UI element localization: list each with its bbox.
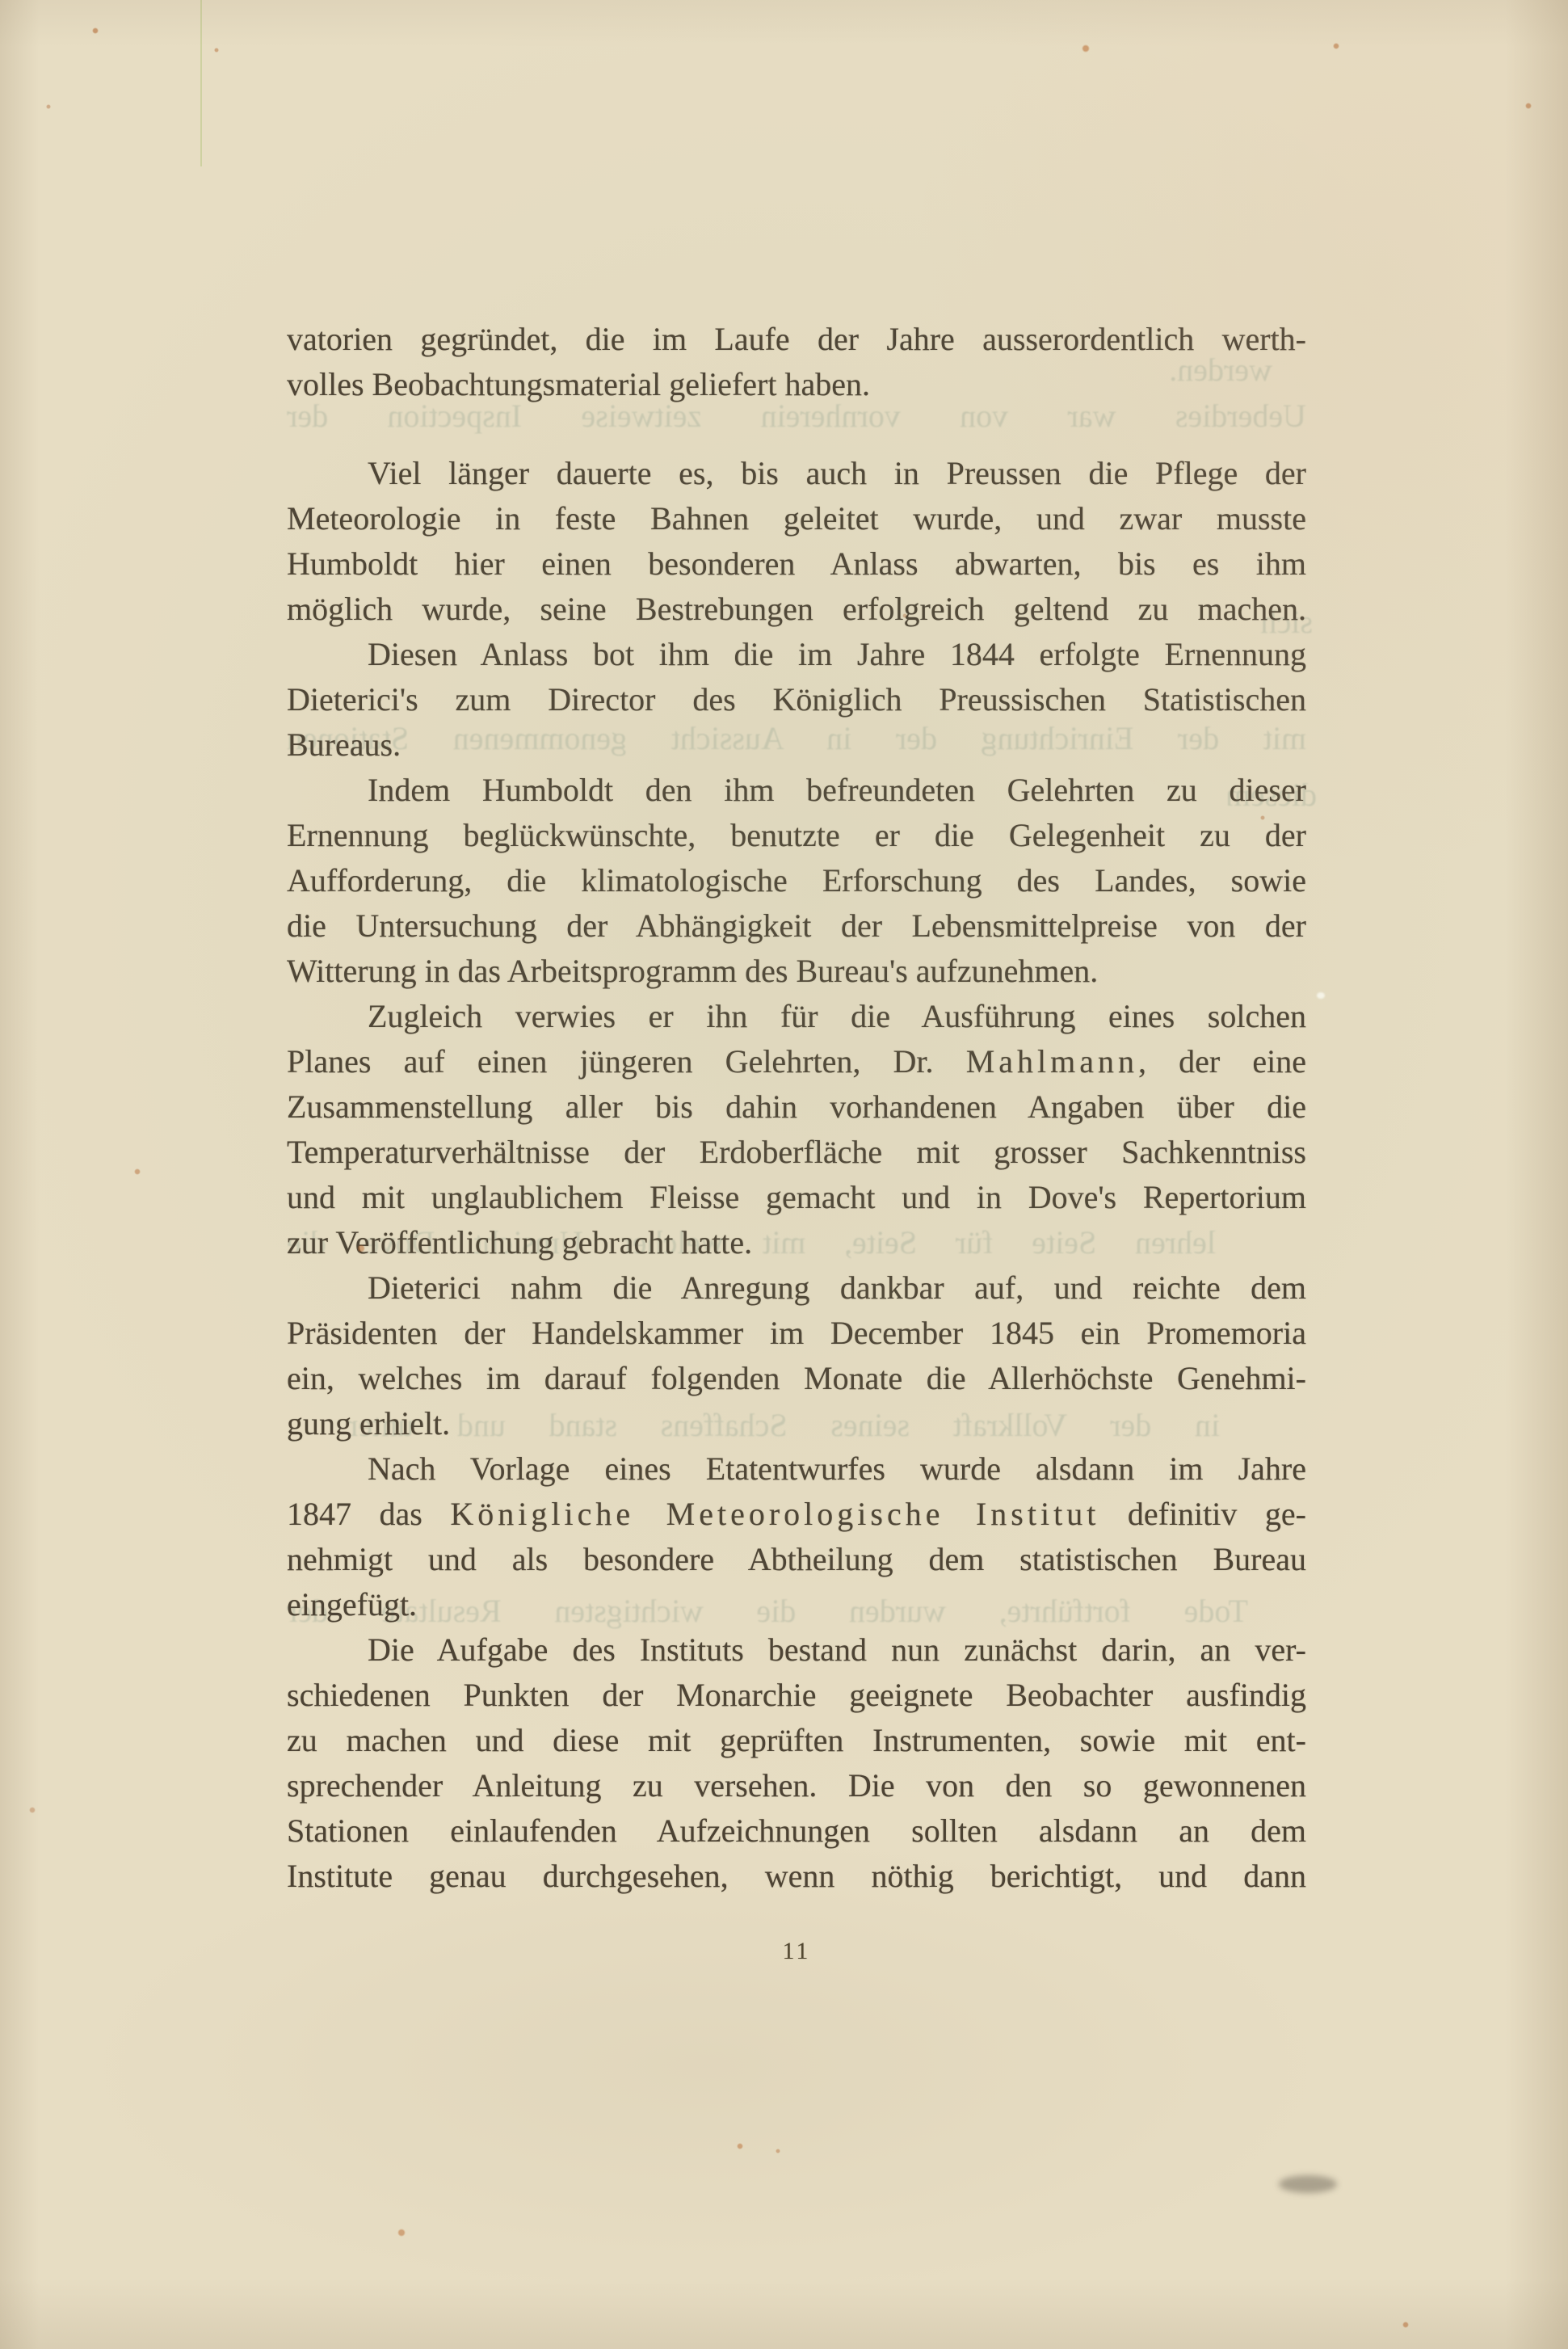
text-line: Diesen Anlass bot ihm die im Jahre 1844 …: [287, 632, 1306, 677]
ink-smudge-artifact: [1279, 2175, 1337, 2193]
paragraph: vatorien gegründet, die im Laufe der Jah…: [287, 317, 1306, 407]
text-segment: , der eine: [1138, 1043, 1306, 1080]
text-line: und mit unglaublichem Fleisse gemacht un…: [287, 1175, 1306, 1220]
text-line: sprechender Anleitung zu versehen. Die v…: [287, 1763, 1306, 1808]
text-line: Viel länger dauerte es, bis auch in Preu…: [287, 451, 1306, 496]
text-line: zu machen und diese mit geprüften Instru…: [287, 1718, 1306, 1763]
text-line: Planes auf einen jüngeren Gelehrten, Dr.…: [287, 1039, 1306, 1084]
paragraph: Viel länger dauerte es, bis auch in Preu…: [287, 451, 1306, 632]
text-line: Indem Humboldt den ihm befreundeten Gele…: [287, 768, 1306, 813]
text-line: Dieterici nahm die Anregung dankbar auf,…: [287, 1265, 1306, 1311]
text-line: Zugleich verwies er ihn für die Ausführu…: [287, 994, 1306, 1039]
text-line: nehmigt und als besondere Abtheilung dem…: [287, 1537, 1306, 1582]
text-line: Institute genau durchgesehen, wenn nöthi…: [287, 1854, 1306, 1899]
book-page-scan: werden. Ueberdies war von vornherein zei…: [0, 0, 1568, 2349]
text-line: Stationen einlaufenden Aufzeichnungen so…: [287, 1808, 1306, 1854]
text-line: 1847 das Königliche Meteorologische Inst…: [287, 1492, 1306, 1537]
paragraph: Zugleich verwies er ihn für die Ausführu…: [287, 994, 1306, 1265]
paragraph: Nach Vorlage eines Etatentwurfes wurde a…: [287, 1446, 1306, 1627]
text-line: Humboldt hier einen besonderen Anlass ab…: [287, 541, 1306, 587]
text-segment-letterspaced: Mahlmann: [966, 1043, 1138, 1080]
text-line: schiedenen Punkten der Monarchie geeigne…: [287, 1673, 1306, 1718]
paper-fleck-artifact: [1317, 992, 1325, 999]
text-line: Nach Vorlage eines Etatentwurfes wurde a…: [287, 1446, 1306, 1492]
text-line: Witterung in das Arbeitsprogramm des Bur…: [287, 949, 1306, 994]
text-line: Dieterici's zum Director des Königlich P…: [287, 677, 1306, 722]
text-segment: 1847 das: [287, 1496, 450, 1532]
text-line: eingefügt.: [287, 1582, 1306, 1627]
paragraph: Die Aufgabe des Instituts bestand nun zu…: [287, 1627, 1306, 1899]
paragraph: Diesen Anlass bot ihm die im Jahre 1844 …: [287, 632, 1306, 768]
text-line: Meteorologie in feste Bahnen geleitet wu…: [287, 496, 1306, 541]
text-line: Ernennung beglückwünschte, benutzte er d…: [287, 813, 1306, 858]
text-line: Bureaus.: [287, 722, 1306, 768]
text-line: volles Beobachtungsmaterial geliefert ha…: [287, 362, 1306, 407]
paragraph: Dieterici nahm die Anregung dankbar auf,…: [287, 1265, 1306, 1446]
text-line: die Untersuchung der Abhängigkeit der Le…: [287, 903, 1306, 949]
text-line: Zusammenstellung aller bis dahin vorhand…: [287, 1084, 1306, 1130]
scanner-hairline-artifact: [200, 0, 202, 166]
text-line: vatorien gegründet, die im Laufe der Jah…: [287, 317, 1306, 362]
text-line: gung erhielt.: [287, 1401, 1306, 1446]
text-segment-letterspaced: Königliche Meteorologische Institut: [450, 1496, 1099, 1532]
text-line: Die Aufgabe des Instituts bestand nun zu…: [287, 1627, 1306, 1673]
text-line: Präsidenten der Handelskammer im Decembe…: [287, 1311, 1306, 1356]
paragraph: Indem Humboldt den ihm befreundeten Gele…: [287, 768, 1306, 994]
text-segment: Planes auf einen jüngeren Gelehrten, Dr.: [287, 1043, 966, 1080]
text-line: möglich wurde, seine Bestrebungen erfolg…: [287, 587, 1306, 632]
text-block: vatorien gegründet, die im Laufe der Jah…: [287, 317, 1306, 1899]
text-line: Temperaturverhältnisse der Erdoberfläche…: [287, 1130, 1306, 1175]
text-line: Aufforderung, die klimatologische Erfors…: [287, 858, 1306, 903]
text-segment: definitiv ge-: [1099, 1496, 1306, 1532]
page-number: 11: [287, 1939, 1306, 1964]
text-line: ein, welches im darauf folgenden Monate …: [287, 1356, 1306, 1401]
text-line: zur Veröffentlichung gebracht hatte.: [287, 1220, 1306, 1265]
